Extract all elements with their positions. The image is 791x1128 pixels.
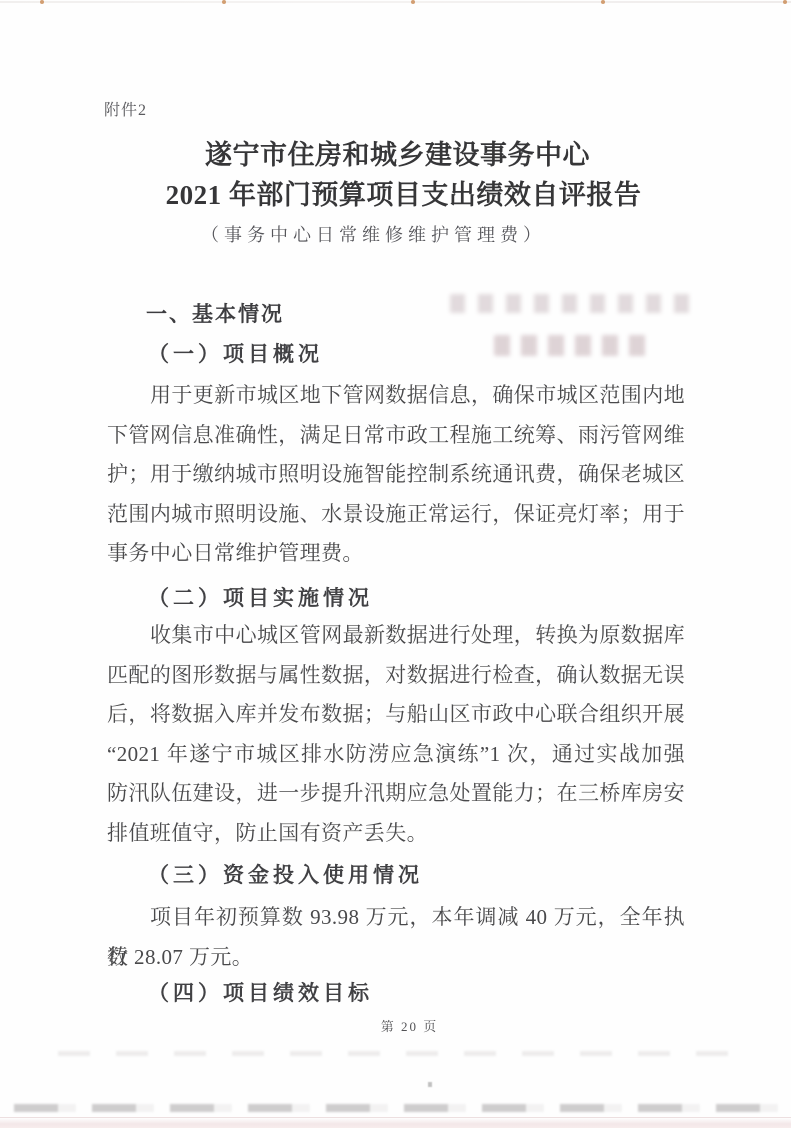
bleed-through-artifact: [494, 335, 650, 356]
body-line: 事务中心日常维护管理费。: [107, 534, 685, 574]
body-line: 用于更新市城区地下管网数据信息，确保市城区范围内地: [107, 376, 685, 416]
document-title-line2: 2021 年部门预算项目支出绩效自评报告: [8, 173, 791, 212]
attachment-label: 附件2: [104, 97, 147, 120]
scan-top-edge-artifact: [0, 1, 791, 3]
scanned-document-page: 附件2 遂宁市住房和城乡建设事务中心 2021 年部门预算项目支出绩效自评报告 …: [0, 0, 791, 1128]
body-line: 下管网信息准确性，满足日常市政工程施工统筹、雨污管网维: [107, 416, 685, 456]
body-line: 收集市中心城区管网最新数据进行处理，转换为原数据库: [107, 616, 685, 656]
body-line: 项目年初预算数 93.98 万元，本年调减 40 万元，全年执行: [107, 898, 685, 938]
subsection-heading-project-implementation: （二）项目实施情况: [148, 588, 373, 609]
subsection-heading-performance-targets: （四）项目绩效目标: [148, 983, 373, 1004]
scan-dot-artifact: [411, 0, 415, 4]
paragraph-project-overview: 用于更新市城区地下管网数据信息，确保市城区范围内地 下管网信息准确性，满足日常市…: [107, 376, 685, 574]
body-line: 护；用于缴纳城市照明设施智能控制系统通讯费，确保老城区: [107, 455, 685, 495]
body-line: “2021 年遂宁市城区排水防涝应急演练”1 次，通过实战加强: [107, 735, 685, 775]
scan-streak-artifact: [58, 1051, 748, 1056]
document-subtitle: （事务中心日常维修维护管理费）: [0, 221, 769, 247]
body-line: 匹配的图形数据与属性数据，对数据进行检查，确认数据无误: [107, 656, 685, 696]
subsection-heading-funding-usage: （三）资金投入使用情况: [148, 865, 423, 886]
body-line: 后，将数据入库并发布数据；与船山区市政中心联合组织开展: [107, 695, 685, 735]
scan-dot-artifact: [40, 0, 44, 4]
scan-dot-artifact: [222, 0, 226, 4]
document-title-line1: 遂宁市住房和城乡建设事务中心: [2, 133, 791, 172]
bleed-through-artifact: [450, 294, 698, 313]
scan-bottom-band-artifact: [0, 1117, 791, 1128]
section-heading-basic-info: 一、基本情况: [146, 304, 284, 325]
scan-dot-artifact: [601, 0, 605, 4]
scan-streak-artifact: [14, 1104, 778, 1112]
subsection-heading-project-overview: （一）项目概况: [148, 344, 323, 365]
body-line: 防汛队伍建设，进一步提升汛期应急处置能力；在三桥库房安: [107, 774, 685, 814]
body-line: 数 28.07 万元。: [107, 938, 685, 978]
paragraph-project-implementation: 收集市中心城区管网最新数据进行处理，转换为原数据库 匹配的图形数据与属性数据，对…: [107, 616, 685, 853]
page-number: 第 20 页: [14, 1016, 791, 1035]
paragraph-funding-usage: 项目年初预算数 93.98 万元，本年调减 40 万元，全年执行 数 28.07…: [107, 898, 685, 977]
body-line: 范围内城市照明设施、水景设施正常运行，保证亮灯率；用于: [107, 495, 685, 535]
scan-dot-artifact: [783, 0, 787, 4]
scan-speck-artifact: [428, 1082, 432, 1087]
body-line: 排值班值守，防止国有资产丢失。: [107, 814, 685, 854]
